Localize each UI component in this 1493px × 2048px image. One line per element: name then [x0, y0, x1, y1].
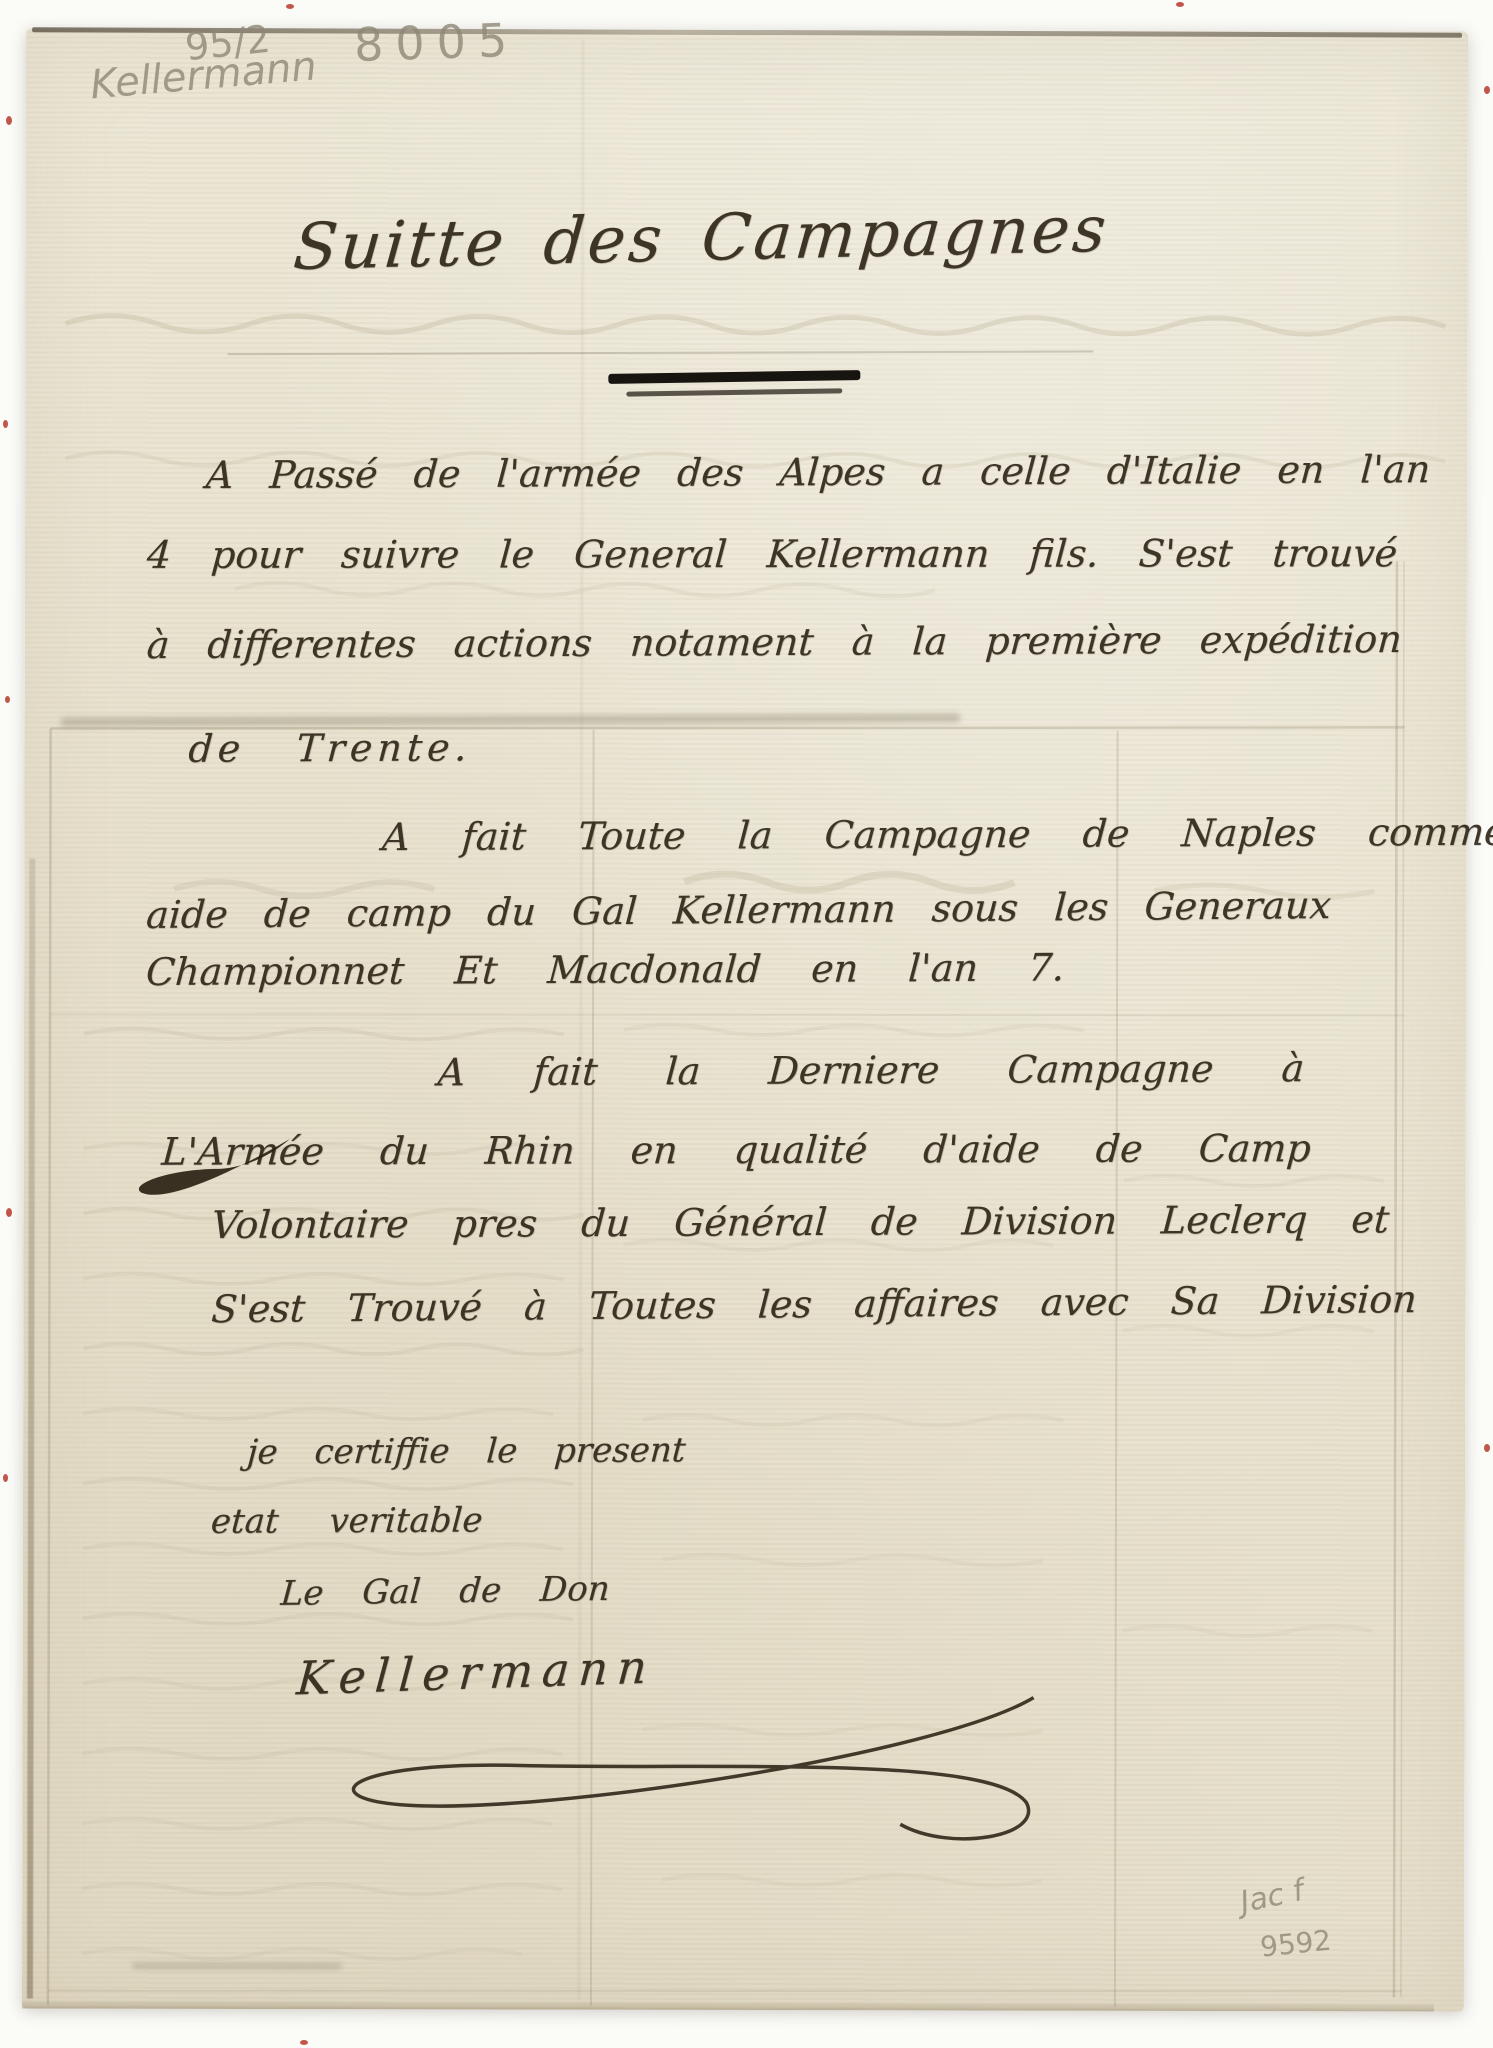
certification-line: Le Gal de Don [279, 1569, 611, 1614]
bleedthrough-writing [663, 1555, 1043, 1566]
bleedthrough-writing [83, 1544, 563, 1555]
bleedthrough-writing [83, 1344, 583, 1355]
certification-line: etat veritable [210, 1500, 484, 1541]
scan-edge-artifact [1484, 86, 1490, 94]
bleedthrough-writing [83, 1614, 573, 1625]
scan-background: 95/2 Kellermann 8005 Suitte des Campagne… [0, 0, 1493, 2048]
scan-edge-artifact [286, 4, 294, 9]
bleedthrough-writing [235, 583, 935, 596]
scan-edge-artifact [6, 116, 12, 125]
certification-line: je certiffie le present [246, 1430, 687, 1472]
bleedthrough-writing [1124, 1176, 1384, 1187]
scan-edge-artifact [300, 2040, 308, 2045]
body-line: A fait Toute la Campagne de Naples comme [381, 810, 1493, 860]
bleedthrough-writing [83, 1409, 553, 1420]
graphite-smear-bottom [132, 1963, 342, 1969]
bleedthrough-writing [643, 1415, 1063, 1426]
scan-edge-artifact [1176, 2, 1184, 7]
body-line: Championnet Et Macdonald en l'an 7. [145, 945, 1066, 994]
scan-edge-artifact [6, 1208, 12, 1217]
bleedthrough-writing [83, 1479, 573, 1490]
body-line: de Trente. [187, 725, 473, 770]
body-line: L'Armée du Rhin en qualité d'aide de Cam… [160, 1126, 1312, 1174]
body-line: à differentes actions notament à la prem… [145, 617, 1403, 667]
bleedthrough-writing [662, 1875, 1042, 1886]
body-line: Volontaire pres du Général de Division L… [210, 1197, 1390, 1247]
bleedthrough-writing [1123, 1326, 1373, 1337]
bleedthrough-writing [624, 1025, 1084, 1036]
signature-flourish [288, 1681, 1088, 1863]
body-line: 4 pour suivre le General Kellermann fils… [145, 531, 1398, 577]
bleedthrough-writing [84, 1029, 564, 1040]
scan-edge-artifact [1484, 1444, 1490, 1452]
body-line: A fait la Derniere Campagne à [436, 1046, 1305, 1094]
scan-edge-artifact [3, 1474, 8, 1482]
bleedthrough-writing [65, 316, 1445, 335]
scan-edge-artifact [5, 696, 10, 703]
scan-edge-artifact [3, 420, 8, 428]
body-line: A Passé de l'armée des Alpes a celle d'I… [205, 447, 1432, 497]
bleedthrough-writing [82, 1949, 522, 1960]
bleedthrough-writing [83, 1274, 563, 1285]
bleedthrough-writing [82, 1884, 562, 1895]
manuscript-page: 95/2 Kellermann 8005 Suitte des Campagne… [22, 28, 1468, 2011]
pencil-inventory-number: 8005 [353, 13, 520, 72]
bleedthrough-writing [1123, 1626, 1373, 1637]
